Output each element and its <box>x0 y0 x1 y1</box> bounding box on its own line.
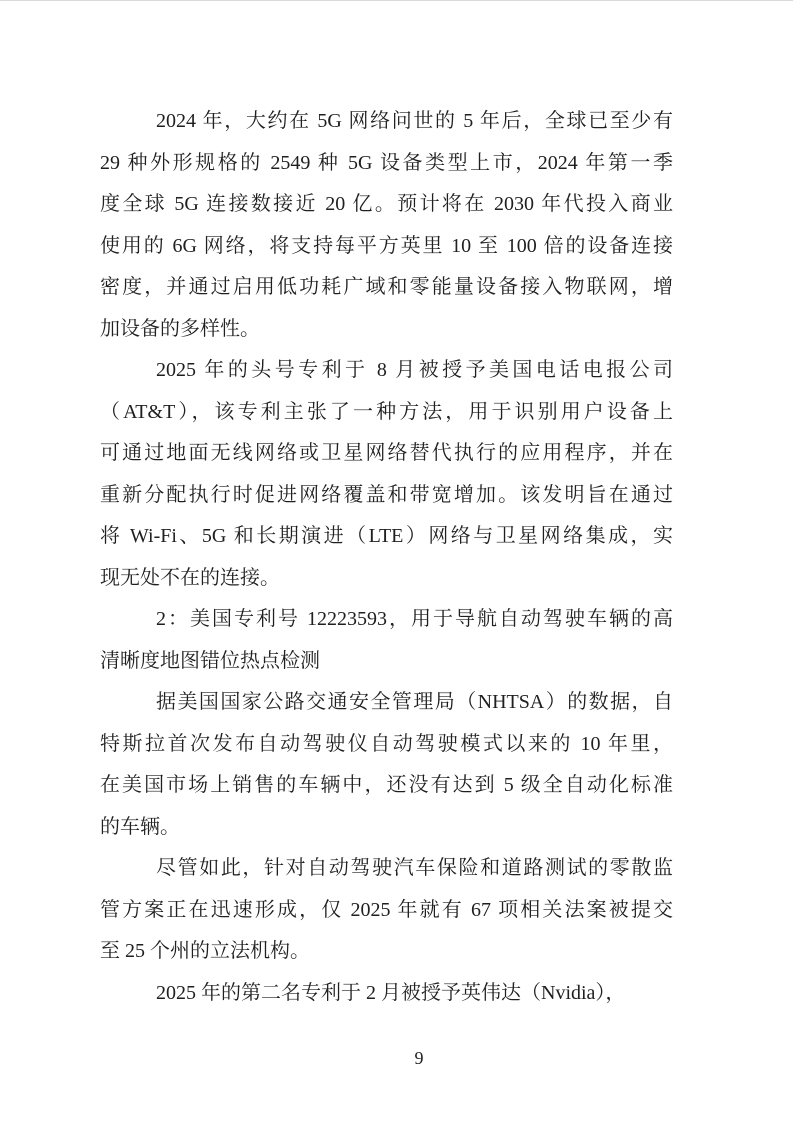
text-line: 据美国国家公路交通安全管理局（NHTSA）的数据，自 <box>100 682 673 724</box>
text-line: 密度，并通过启用低功耗广域和零能量设备接入物联网，增 <box>100 267 673 309</box>
text-line: 至 25 个州的立法机构。 <box>100 931 673 973</box>
text-line: 使用的 6G 网络，将支持每平方英里 10 至 100 倍的设备连接 <box>100 226 673 268</box>
text-line: 2024 年，大约在 5G 网络问世的 5 年后，全球已至少有 <box>100 101 673 143</box>
text-line: 尽管如此，针对自动驾驶汽车保险和道路测试的零散监 <box>100 848 673 890</box>
text-line: 清晰度地图错位热点检测 <box>100 641 673 683</box>
text-line: 2025 年的第二名专利于 2 月被授予英伟达（Nvidia）， <box>100 973 673 1015</box>
text-line: 将 Wi-Fi、5G 和长期演进（LTE）网络与卫星网络集成，实 <box>100 516 673 558</box>
text-line: 2：美国专利号 12223593，用于导航自动驾驶车辆的高 <box>100 599 673 641</box>
text-line: 特斯拉首次发布自动驾驶仪自动驾驶模式以来的 10 年里， <box>100 724 673 766</box>
text-line: （AT&T），该专利主张了一种方法，用于识别用户设备上 <box>100 392 673 434</box>
text-line: 在美国市场上销售的车辆中，还没有达到 5 级全自动化标准 <box>100 765 673 807</box>
text-line: 管方案正在迅速形成，仅 2025 年就有 67 项相关法案被提交 <box>100 890 673 932</box>
text-line: 的车辆。 <box>100 807 673 849</box>
text-line: 度全球 5G 连接数接近 20 亿。预计将在 2030 年代投入商业 <box>100 184 673 226</box>
page-top-border <box>0 0 793 1</box>
document-page: 2024 年，大约在 5G 网络问世的 5 年后，全球已至少有 29 种外形规格… <box>0 0 793 1122</box>
text-line: 重新分配执行时促进网络覆盖和带宽增加。该发明旨在通过 <box>100 475 673 517</box>
text-line: 可通过地面无线网络或卫星网络替代执行的应用程序，并在 <box>100 433 673 475</box>
text-line: 加设备的多样性。 <box>100 309 673 351</box>
text-line: 现无处不在的连接。 <box>100 558 673 600</box>
text-line: 29 种外形规格的 2549 种 5G 设备类型上市，2024 年第一季 <box>100 143 673 185</box>
page-number: 9 <box>0 1048 793 1068</box>
document-body: 2024 年，大约在 5G 网络问世的 5 年后，全球已至少有 29 种外形规格… <box>100 101 673 1014</box>
text-line: 2025 年的头号专利于 8 月被授予美国电话电报公司 <box>100 350 673 392</box>
